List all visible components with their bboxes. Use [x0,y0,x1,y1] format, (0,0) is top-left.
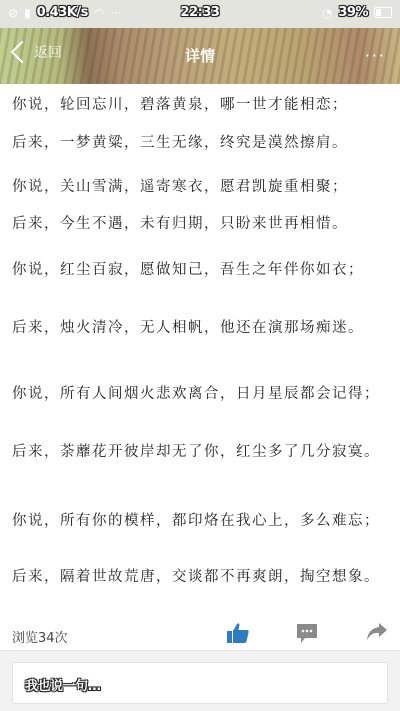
view-count: 浏览34次 [12,627,68,646]
poem-line: 你说，所有人间烟火悲欢离合，日月星辰都会记得； [12,381,392,407]
poem-line: 后来，烛火清冷，无人相帆，他还在演那场痴迷。 [12,315,392,341]
comment-input[interactable]: 我也说一句... [12,662,388,704]
thumbs-up-icon [226,622,250,644]
nav-header: 返回 详情 ··· [0,28,400,84]
post-actions: 浏览34次 [0,620,400,650]
poem-line: 后来，荼蘼花开彼岸却无了你，红尘多了几分寂寞。 [12,439,392,465]
poem-line: 你说，关山雪满，遥寄寒衣，愿君凯旋重相聚； [12,174,392,200]
comment-bar: 我也说一句... [0,650,400,711]
comment-bubble-icon [296,622,318,644]
battery-percent: 39% [338,5,368,20]
more-options-button[interactable]: ··· [365,46,386,65]
poem-line: 你说，红尘百寂，愿做知己，吾生之年伴你如衣； [12,257,392,283]
clock: 22:33 [181,5,220,20]
battery-icon [374,7,392,18]
alarm-icon: ◔ [322,6,332,20]
poem-line: 你说，轮回忘川，碧落黄泉，哪一世才能相恋； [12,92,392,118]
poem-line: 后来，今生不遇，未有归期，只盼来世再相惜。 [12,211,392,237]
status-bar: ⊘ ▮ 0.43K/s ◠ ··· 22:33 ◔ 39% [0,0,400,28]
poem-line: 你说，所有你的模样，都印烙在我心上，多么难忘； [12,508,392,534]
page-title: 详情 [0,45,400,66]
poem-line: 后来，隔着世故荒唐，交谈都不再爽朗，掏空想象。 [12,564,392,590]
comment-button[interactable] [296,622,324,648]
comment-placeholder: 我也说一句... [25,675,101,694]
like-button[interactable] [226,622,254,648]
poem-line: 后来，一梦黄粱，三生无缘，终究是漠然擦肩。 [12,130,392,156]
share-arrow-icon [366,622,388,642]
share-button[interactable] [366,622,394,648]
